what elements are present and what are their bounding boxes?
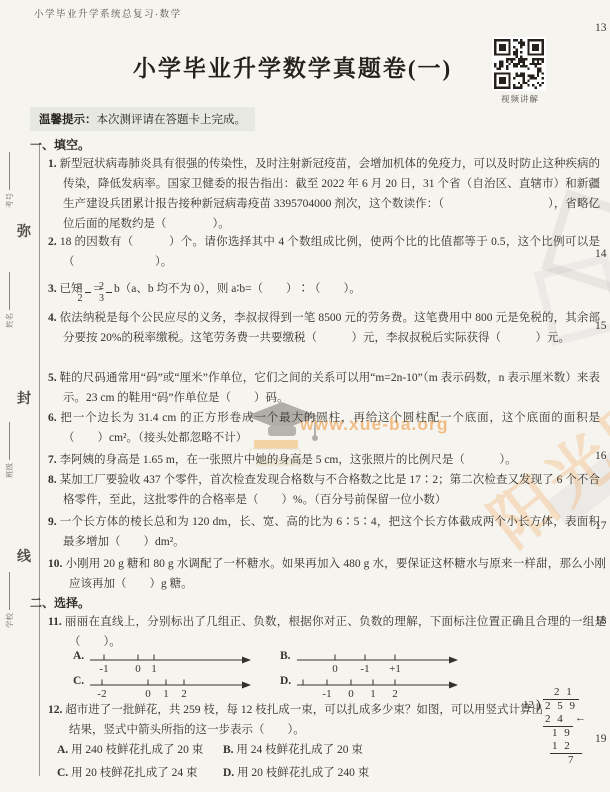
number-line: -2012 (88, 676, 254, 700)
question-text: 某加工厂要验收 437 个零件，首次检查发现合格数与不合格数之比是 17∶2；第… (60, 474, 600, 506)
number-line: -1012 (295, 676, 461, 700)
seal-field-label: 姓名 (3, 272, 15, 328)
option-label: B. (280, 650, 291, 662)
svg-text:-1: -1 (323, 688, 332, 700)
division-step-2: 1 9 (552, 727, 572, 739)
division-dividend: 2 5 9 (543, 699, 579, 712)
question-text: 18 的因数有（ ）个。请你选择其中 4 个数组成比例，使两个比的比值都等于 0… (60, 236, 600, 268)
option-label: B. (223, 744, 236, 756)
number-line-options: A.-101B.0-1+1C.-2012D.-1012 (73, 650, 553, 698)
question-number: 7. (48, 454, 57, 466)
question-text: 新型冠状病毒肺炎具有很强的传染性，及时注射新冠疫苗，会增加机体的免疫力，可以及时… (60, 158, 601, 230)
option-label: A. (57, 744, 71, 756)
notice-text: 本次测评请在答题卡上完成。 (97, 114, 247, 126)
question-item: 4. 依法纳税是每个公民应尽的义务，李叔叔得到一笔 8500 元的劳务费。这笔费… (48, 308, 600, 348)
question-item: 2. 18 的因数有（ ）个。请你选择其中 4 个数组成比例，使两个比的比值都等… (48, 232, 600, 272)
choice-options: A. 用 240 枝鲜花扎成了 20 束B. 用 24 枝鲜花扎成了 20 束C… (57, 741, 582, 783)
question-number: 10. (48, 558, 62, 570)
seal-char-xian: 线 (17, 546, 31, 566)
number-line-option: A.-101 (73, 650, 280, 673)
option-text: 用 20 枝鲜花扎成了 240 束 (237, 767, 369, 779)
fraction-numerator: a (85, 281, 91, 293)
svg-text:-1: -1 (360, 663, 369, 675)
choice-option: B. 用 24 枝鲜花扎成了 20 束 (223, 741, 582, 760)
fraction-denominator: 3 (106, 293, 112, 304)
arrow-left-icon: ← (575, 712, 586, 724)
question-text: 李阿姨的身高是 1.65 m，在一张照片中她的身高是 5 cm，这张照片的比例尺… (60, 454, 517, 466)
division-step-1: 2 4 (543, 713, 573, 727)
number-line: -101 (88, 651, 254, 675)
question-number: 6. (48, 412, 57, 424)
svg-text:-2: -2 (98, 688, 107, 700)
question-text: 丽丽在直线上，分别标出了几组正、负数，根据你对正、负数的理解，下面标注位置正确且… (65, 616, 606, 648)
question-number: 5. (48, 372, 57, 384)
seal-field-label: 学校 (3, 572, 15, 628)
question-item: 8. 某加工厂要验收 437 个零件，首次检查发现合格数与不合格数之比是 17∶… (48, 470, 600, 510)
fraction: a2 (85, 281, 91, 304)
fraction: 23 (106, 281, 112, 304)
seal-field-text: 学校 (4, 613, 15, 628)
choice-option: A. 用 240 枝鲜花扎成了 20 束 (57, 741, 223, 760)
question-text: b（a、b 均不为 0），则 a∶b=（ ）∶（ ）。 (114, 283, 361, 295)
svg-text:+1: +1 (389, 663, 401, 675)
question-item: 1. 新型冠状病毒肺炎具有很强的传染性，及时注射新冠疫苗，会增加机体的免疫力，可… (48, 154, 600, 234)
question-number: 12. (48, 704, 62, 716)
seal-field-blank (9, 422, 10, 460)
book-header: 小学毕业升学系统总复习·数学 (34, 6, 182, 20)
seal-field-blank (9, 572, 10, 610)
svg-text:0: 0 (348, 688, 354, 700)
question-number: 4. (48, 312, 57, 324)
number-line: 0-1+1 (295, 651, 461, 675)
number-line-option: D.-1012 (280, 675, 553, 698)
notice-label: 温馨提示： (39, 114, 97, 126)
seal-char-feng: 封 (17, 388, 31, 408)
svg-text:0: 0 (145, 688, 151, 700)
question-item: 11. 丽丽在直线上，分别标出了几组正、负数，根据你对正、负数的理解，下面标注位… (48, 612, 606, 652)
question-number: 2. (48, 236, 57, 248)
question-text: 超市进了一批鲜花，共 259 枝，每 12 枝扎成一束，可以扎成多少束？如图，可… (65, 704, 543, 736)
svg-text:0: 0 (332, 663, 338, 675)
option-label: D. (223, 767, 237, 779)
section-heading-choice: 二、选择。 (30, 594, 90, 611)
question-item: 6. 把一个边长为 31.4 cm 的正方形卷成一个最大的圆柱，再给这个圆柱配一… (48, 408, 600, 448)
division-quotient: 2 1 (554, 686, 574, 698)
option-label: A. (73, 650, 84, 662)
edge-page-number: 13 (595, 22, 610, 34)
seal-field-blank (9, 152, 10, 190)
question-item: 9. 一个长方体的棱长总和为 120 dm，长、宽、高的比为 6∶5∶4，把这个… (48, 512, 600, 552)
question-number: 8. (48, 474, 57, 486)
qr-code (492, 37, 546, 91)
seal-field-label: 班级 (3, 422, 15, 478)
svg-text:1: 1 (370, 688, 376, 700)
question-item: 7. 李阿姨的身高是 1.65 m，在一张照片中她的身高是 5 cm，这张照片的… (48, 450, 600, 470)
question-text: 小刚用 20 g 糖和 80 g 水调配了一杯糖水。如果再加入 480 g 水，… (65, 558, 606, 590)
question-text: 把一个边长为 31.4 cm 的正方形卷成一个最大的圆柱，再给这个圆柱配一个底面… (60, 412, 600, 444)
seal-field-label: 考号 (3, 152, 15, 208)
scanned-exam-page: { "page": { "header": "小学毕业升学系统总复习·数学", … (0, 0, 610, 792)
number-line-option: C.-2012 (73, 675, 280, 698)
seal-line (39, 143, 40, 776)
number-line-option: B.0-1+1 (280, 650, 553, 673)
question-item: 5. 鞋的尺码通常用“码”或“厘米”作单位，它们之间的关系可以用“m=2n-10… (48, 368, 600, 408)
question-item: 10. 小刚用 20 g 糖和 80 g 水调配了一杯糖水。如果再加入 480 … (48, 554, 606, 594)
svg-text:2: 2 (181, 688, 187, 700)
svg-text:0: 0 (135, 663, 141, 675)
seal-field-text: 班级 (4, 463, 15, 478)
choice-option: D. 用 20 枝鲜花扎成了 240 束 (223, 764, 582, 783)
question-number: 11. (48, 616, 62, 628)
fraction-denominator: 2 (85, 293, 91, 304)
seal-field-blank (9, 272, 10, 310)
option-text: 用 240 枝鲜花扎成了 20 束 (71, 744, 203, 756)
page-title: 小学毕业升学数学真题卷(一) (20, 50, 565, 83)
division-bracket: ) (536, 698, 541, 714)
option-label: C. (57, 767, 71, 779)
question-number: 3. (48, 283, 57, 295)
notice-box: 温馨提示：本次测评请在答题卡上完成。 (30, 107, 255, 131)
question-number: 1. (48, 158, 57, 170)
option-label: C. (73, 675, 84, 687)
option-text: 用 24 枝鲜花扎成了 20 束 (236, 744, 363, 756)
question-item: 12. 超市进了一批鲜花，共 259 枝，每 12 枝扎成一束，可以扎成多少束？… (48, 700, 543, 740)
question-item: 3. 已知a2＝23b（a、b 均不为 0），则 a∶b=（ ）∶（ ）。 (48, 272, 600, 306)
svg-text:1: 1 (163, 688, 169, 700)
question-text: 鞋的尺码通常用“码”或“厘米”作单位，它们之间的关系可以用“m=2n-10”（m… (60, 372, 600, 404)
seal-char-mi: 弥 (17, 221, 31, 241)
seal-field-text: 姓名 (4, 313, 15, 328)
fraction-numerator: 2 (106, 281, 112, 293)
option-text: 用 20 枝鲜花扎成了 24 束 (71, 767, 198, 779)
question-text: 一个长方体的棱长总和为 120 dm，长、宽、高的比为 6∶5∶4，把这个长方体… (60, 516, 600, 548)
qr-caption: 视频讲解 (490, 93, 550, 105)
svg-text:1: 1 (151, 663, 157, 675)
seal-field-text: 考号 (4, 193, 15, 208)
section-heading-fill: 一、填空。 (30, 136, 90, 153)
svg-text:-1: -1 (100, 663, 109, 675)
question-text: 依法纳税是每个公民应尽的义务，李叔叔得到一笔 8500 元的劳务费。这笔费用中 … (60, 312, 600, 344)
option-label: D. (280, 675, 291, 687)
choice-option: C. 用 20 枝鲜花扎成了 24 束 (57, 764, 223, 783)
question-number: 9. (48, 516, 57, 528)
svg-text:2: 2 (392, 688, 398, 700)
division-divisor: 12 (523, 699, 534, 711)
